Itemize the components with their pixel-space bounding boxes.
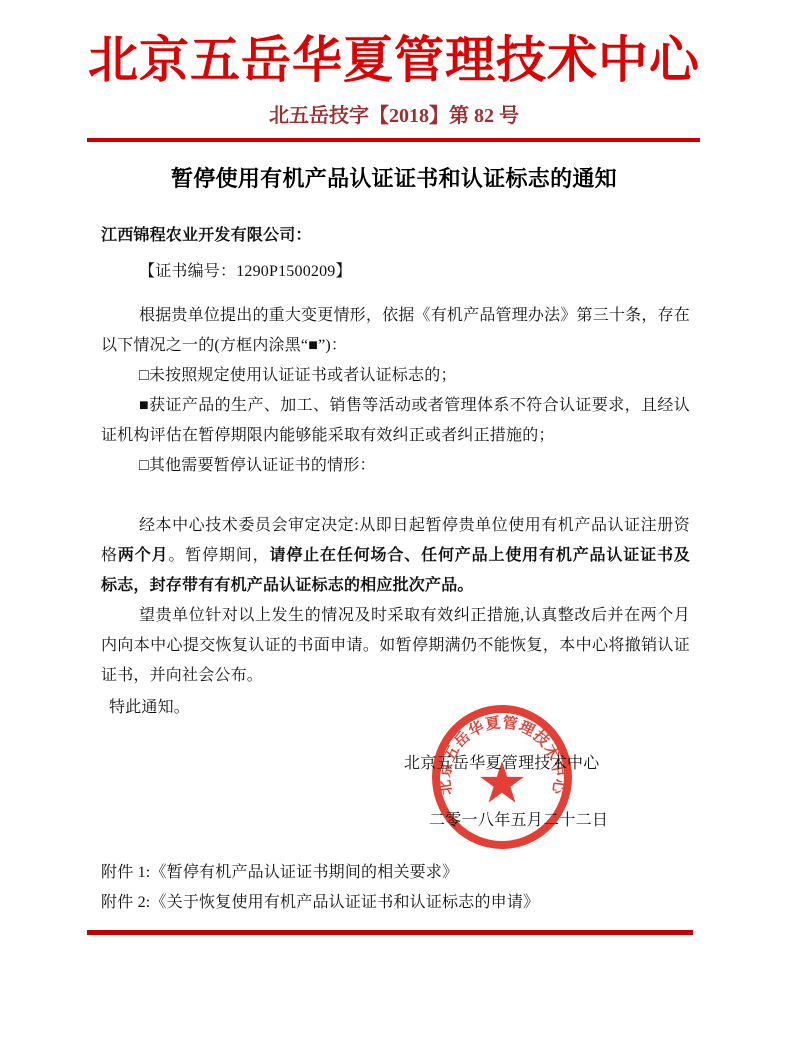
body-text-segment: 内向本中心提交恢复认证的书面申请。如暂停期满仍不能恢复，本中心将撤销认证 [101, 637, 690, 654]
body-text-segment: 两个月 [118, 547, 169, 564]
header-divider-line [87, 138, 700, 142]
footer-divider-line [87, 930, 693, 935]
body-text-segment: 证机构评估在暂停期限内能够能采取有效纠正或者纠正措施的； [101, 427, 555, 444]
org-header-title: 北京五岳华夏管理技术中心 [0, 30, 788, 90]
body-line: 经本中心技术委员会审定决定:从即日起暂停贵单位使用有机产品认证注册资 [101, 511, 690, 541]
notice-title: 暂停使用有机产品认证证书和认证标志的通知 [0, 163, 788, 195]
body-text-segment: ■获证产品的生产、加工、销售等活动或者管理体系不符合认证要求，且经认 [139, 397, 690, 414]
body-line: 标志，封存带有有机产品认证标志的相应批次产品。 [101, 571, 690, 601]
body-line: 特此通知。 [101, 693, 690, 723]
body-line: 【证书编号：1290P1500209】 [101, 257, 690, 287]
official-seal: 北京五岳华夏管理技术中心 [429, 703, 575, 849]
body-line: 格两个月。暂停期间，请停止在任何场合、任何产品上使用有机产品认证证书及 [101, 541, 690, 571]
attachment-1: 附件 1:《暂停有机产品认证证书期间的相关要求》 [101, 862, 458, 884]
body-line: 江西锦程农业开发有限公司： [101, 221, 690, 251]
body-text-segment: 江西锦程农业开发有限公司： [101, 227, 312, 244]
body-text-segment: 根据贵单位提出的重大变更情形，依据《有机产品管理办法》第三十条，存在 [139, 307, 690, 324]
body-text-segment: 以下情况之一的(方框内涂黑“■”)： [101, 337, 347, 354]
body-line: ■获证产品的生产、加工、销售等活动或者管理体系不符合认证要求，且经认 [101, 391, 690, 421]
doc-number: 北五岳技字【2018】第 82 号 [0, 102, 788, 130]
body-text-segment: 证书，并向社会公布。 [101, 667, 263, 684]
body-text-segment: 标志，封存带有有机产品认证标志的相应批次产品。 [101, 577, 474, 594]
body-line: 根据贵单位提出的重大变更情形，依据《有机产品管理办法》第三十条，存在 [101, 301, 690, 331]
body-text-segment: □其他需要暂停认证证书的情形： [139, 457, 376, 474]
body-text-segment: 格 [101, 547, 118, 564]
body-text-segment: 。暂停期间， [168, 547, 269, 564]
body-line: 证书，并向社会公布。 [101, 661, 690, 691]
body-text-segment: 特此通知。 [109, 699, 190, 716]
body-text-segment: 【证书编号：1290P1500209】 [139, 263, 352, 280]
body-text-segment: 请停止在任何场合、任何产品上使用有机产品认证证书及 [269, 547, 690, 564]
body-text-segment: 经本中心技术委员会审定决定:从即日起暂停贵单位使用有机产品认证注册资 [139, 517, 690, 534]
attachment-2: 附件 2:《关于恢复使用有机产品认证证书和认证标志的申请》 [101, 892, 539, 914]
body-text-segment: 望贵单位针对以上发生的情况及时采取有效纠正措施,认真整改后并在两个月 [139, 607, 690, 624]
body-line: 证机构评估在暂停期限内能够能采取有效纠正或者纠正措施的； [101, 421, 690, 451]
notice-body: 江西锦程农业开发有限公司：【证书编号：1290P1500209】根据贵单位提出的… [101, 221, 690, 723]
body-line: 以下情况之一的(方框内涂黑“■”)： [101, 331, 690, 361]
body-line: 内向本中心提交恢复认证的书面申请。如暂停期满仍不能恢复，本中心将撤销认证 [101, 631, 690, 661]
document-page: 北京五岳华夏管理技术中心 北五岳技字【2018】第 82 号 暂停使用有机产品认… [0, 0, 788, 1064]
body-text-segment: □未按照规定使用认证证书或者认证标志的； [139, 367, 457, 384]
body-line: 望贵单位针对以上发生的情况及时采取有效纠正措施,认真整改后并在两个月 [101, 601, 690, 631]
star-icon [480, 761, 524, 803]
body-line: □未按照规定使用认证证书或者认证标志的； [101, 361, 690, 391]
body-line: □其他需要暂停认证证书的情形： [101, 451, 690, 481]
